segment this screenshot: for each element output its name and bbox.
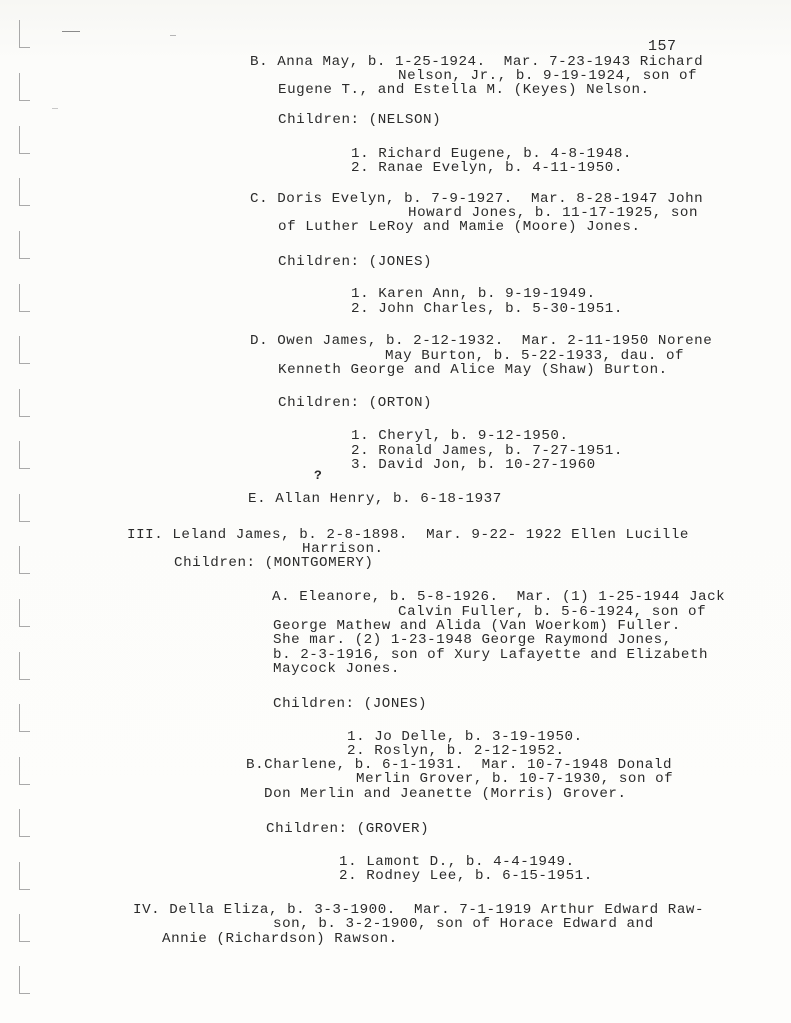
entry-line: E. Allan Henry, b. 6-18-1937	[248, 492, 502, 506]
child-item: 1. Lamont D., b. 4-4-1949.	[339, 855, 575, 869]
binder-margin-marks	[19, 0, 33, 1023]
children-heading: Children: (JONES)	[278, 255, 432, 269]
entry-line: Harrison.	[302, 542, 384, 556]
entry-line: of Luther LeRoy and Mamie (Moore) Jones.	[278, 220, 641, 234]
entry-line: Howard Jones, b. 11-17-1925, son	[408, 206, 698, 220]
page-number: 157	[648, 38, 677, 55]
entry-line: Maycock Jones.	[273, 662, 400, 676]
entry-line: George Mathew and Alida (Van Woerkom) Fu…	[273, 619, 681, 633]
margin-corner-mark	[19, 336, 30, 364]
margin-corner-mark	[19, 20, 30, 48]
margin-corner-mark	[19, 126, 30, 154]
margin-corner-mark	[19, 704, 30, 732]
children-heading: Children: (GROVER)	[266, 822, 429, 836]
entry-line: C. Doris Evelyn, b. 7-9-1927. Mar. 8-28-…	[250, 192, 703, 206]
margin-corner-mark	[19, 966, 30, 994]
margin-corner-mark	[19, 231, 30, 259]
child-item: 1. Jo Delle, b. 3-19-1950.	[347, 730, 583, 744]
margin-corner-mark	[19, 809, 30, 837]
entry-line: B. Anna May, b. 1-25-1924. Mar. 7-23-194…	[250, 55, 703, 69]
child-item: 2. Ronald James, b. 7-27-1951.	[351, 444, 623, 458]
margin-corner-mark	[19, 389, 30, 417]
child-item: 3. David Jon, b. 10-27-1960	[351, 458, 596, 472]
margin-corner-mark	[19, 599, 30, 627]
document-page: 157 B. Anna May, b. 1-25-1924. Mar. 7-23…	[0, 0, 791, 1023]
child-item: 2. Roslyn, b. 2-12-1952.	[347, 744, 565, 758]
entry-line: B.Charlene, b. 6-1-1931. Mar. 10-7-1948 …	[246, 758, 672, 772]
entry-line: son, b. 3-2-1900, son of Horace Edward a…	[273, 917, 654, 931]
child-item: 2. Ranae Evelyn, b. 4-11-1950.	[351, 161, 623, 175]
entry-line: Eugene T., and Estella M. (Keyes) Nelson…	[278, 83, 650, 97]
child-item: 2. John Charles, b. 5-30-1951.	[351, 302, 623, 316]
margin-corner-mark	[19, 652, 30, 680]
entry-line: Don Merlin and Jeanette (Morris) Grover.	[264, 787, 627, 801]
children-heading: Children: (JONES)	[273, 697, 427, 711]
handwritten-question-annotation: ?	[314, 468, 322, 483]
children-heading: Children: (NELSON)	[278, 113, 441, 127]
margin-corner-mark	[19, 284, 30, 312]
margin-corner-mark	[19, 862, 30, 890]
entry-line: IV. Della Eliza, b. 3-3-1900. Mar. 7-1-1…	[133, 903, 704, 917]
entry-line: Merlin Grover, b. 10-7-1930, son of	[356, 772, 673, 786]
stray-mark	[62, 31, 80, 32]
entry-line: Calvin Fuller, b. 5-6-1924, son of	[398, 605, 706, 619]
child-item: 2. Rodney Lee, b. 6-15-1951.	[339, 869, 593, 883]
child-item: 1. Karen Ann, b. 9-19-1949.	[351, 287, 596, 301]
margin-corner-mark	[19, 757, 30, 785]
margin-corner-mark	[19, 441, 30, 469]
entry-line: b. 2-3-1916, son of Xury Lafayette and E…	[273, 648, 708, 662]
children-heading: Children: (MONTGOMERY)	[174, 556, 373, 570]
margin-corner-mark	[19, 178, 30, 206]
margin-corner-mark	[19, 914, 30, 942]
entry-line: D. Owen James, b. 2-12-1932. Mar. 2-11-1…	[250, 334, 712, 348]
child-item: 1. Richard Eugene, b. 4-8-1948.	[351, 147, 632, 161]
entry-line: Nelson, Jr., b. 9-19-1924, son of	[398, 69, 697, 83]
margin-corner-mark	[19, 73, 30, 101]
stray-mark	[170, 35, 176, 36]
entry-line: She mar. (2) 1-23-1948 George Raymond Jo…	[273, 633, 672, 647]
entry-line: Kenneth George and Alice May (Shaw) Burt…	[278, 363, 668, 377]
entry-line: Annie (Richardson) Rawson.	[162, 932, 398, 946]
margin-corner-mark	[19, 546, 30, 574]
entry-line: A. Eleanore, b. 5-8-1926. Mar. (1) 1-25-…	[272, 590, 725, 604]
entry-line: III. Leland James, b. 2-8-1898. Mar. 9-2…	[127, 528, 689, 542]
children-heading: Children: (ORTON)	[278, 396, 432, 410]
margin-corner-mark	[19, 494, 30, 522]
child-item: 1. Cheryl, b. 9-12-1950.	[351, 429, 569, 443]
stray-mark	[52, 108, 58, 109]
entry-line: May Burton, b. 5-22-1933, dau. of	[385, 349, 684, 363]
